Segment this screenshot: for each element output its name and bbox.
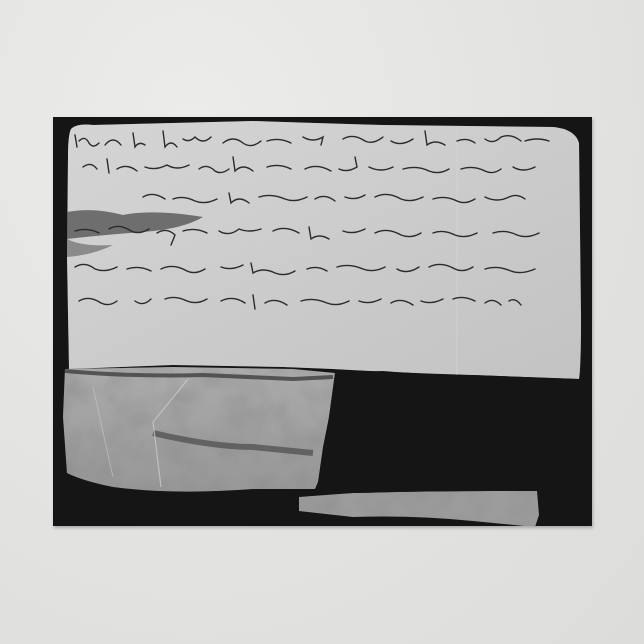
parchment-bottom-strip: [299, 491, 539, 526]
parchment-upper-sheet: [67, 121, 581, 379]
torn-missing-section: [313, 371, 592, 497]
parchment-fragment: [53, 117, 592, 526]
photo-print-panel: [53, 117, 592, 526]
parchment-lower-left-block: [63, 367, 335, 492]
